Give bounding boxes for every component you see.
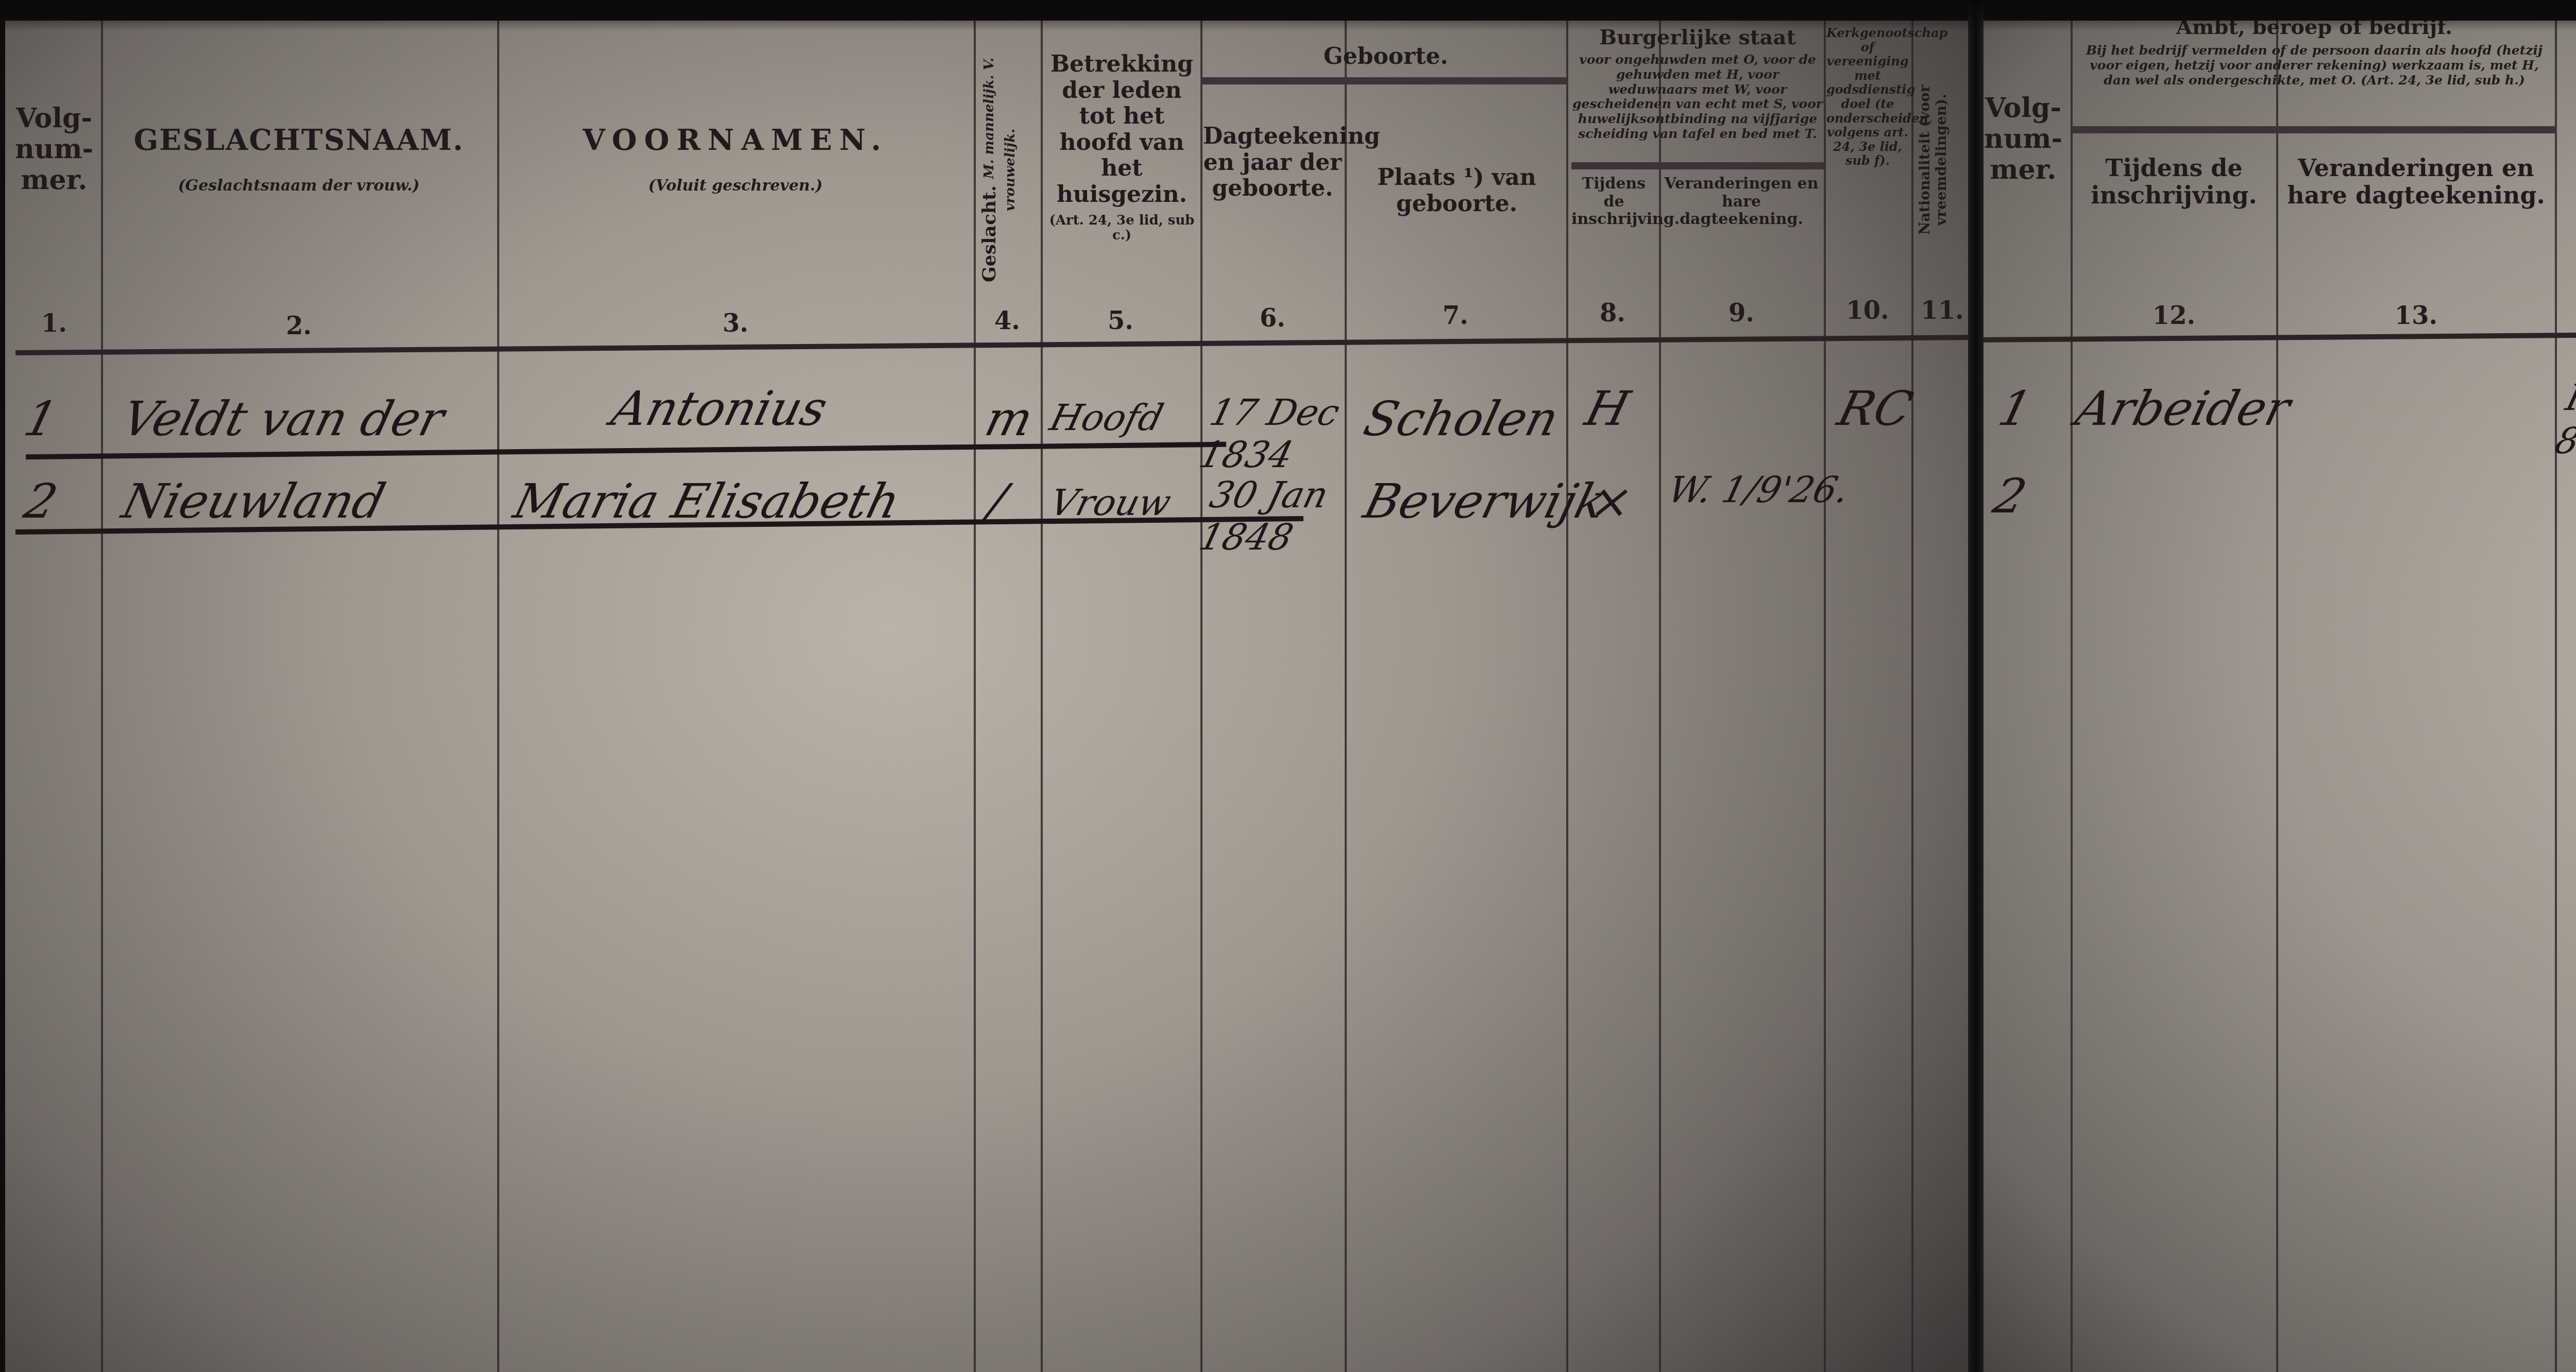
- column-number: 6.: [1203, 304, 1342, 333]
- row1-geslacht: m: [980, 391, 1039, 447]
- col-rule: [1911, 21, 1913, 1372]
- column-number: 13.: [2281, 301, 2551, 330]
- row2-volgnummer: 2: [19, 474, 63, 529]
- column-number: 1.: [10, 309, 98, 338]
- column-number: 2.: [103, 312, 495, 340]
- row1-geslachtsnaam: Veldt van der: [117, 391, 450, 447]
- col-rule: [2276, 21, 2278, 1372]
- column-number: 11.: [1914, 296, 1971, 325]
- header-label: VOORNAMEN.: [500, 124, 971, 157]
- column-number: 12.: [2075, 301, 2273, 330]
- row2-volgnummer: 2: [1988, 469, 2032, 524]
- header-geboorte-plaats: Plaats ¹) van geboorte.: [1350, 165, 1564, 217]
- header-betrekking: Betrekking der leden tot het hoofd van h…: [1046, 52, 1198, 244]
- row1-kerkgenootschap: RC: [1833, 381, 1918, 436]
- header-beroep-veranderingen: Veranderingen en hare dagteekening.: [2281, 155, 2551, 209]
- col-rule: [497, 21, 499, 1372]
- col-rule: [101, 21, 103, 1372]
- header-label: Veranderingen en hare dagteekening.: [1662, 175, 1821, 229]
- column-number: 3.: [500, 309, 971, 338]
- header-label: GESLACHTSNAAM.: [103, 124, 495, 157]
- header-bs-veranderingen: Veranderingen en hare dagteekening.: [1662, 175, 1821, 229]
- row1-geboortedatum: 17 Dec 1834: [1195, 391, 1350, 476]
- header-group-burgerlijke-staat: Burgerlijke staat voor ongehuwden met O,…: [1571, 26, 1824, 142]
- col-rule: [1200, 21, 1202, 1372]
- header-sub: (Voluit geschreven.): [500, 177, 971, 195]
- row1-volgnummer: 1: [1993, 381, 2037, 436]
- header-note: voor ongehuwden met O, voor de gehuwden …: [1571, 53, 1824, 142]
- col-rule: [1041, 21, 1043, 1372]
- column-number: 14.: [2559, 299, 2576, 328]
- header-group-label: Geboorte.: [1206, 44, 1566, 70]
- book-gutter: [1968, 0, 1984, 1372]
- geboorte-subrule: [1200, 77, 1566, 84]
- header-sub: door aanduiding van wijk, dorp, gehucht …: [2559, 135, 2576, 183]
- header-geboorte-datum: Dagteekening en jaar der geboorte.: [1203, 124, 1342, 202]
- header-group-geboorte: Geboorte.: [1206, 44, 1566, 70]
- header-kerkgenootschap: Kerkgenootschap of vereeniging met godsd…: [1826, 26, 1909, 168]
- row2-geslachtsnaam: Nieuwland: [117, 474, 391, 529]
- header-sub: (Art. 24, 3e lid, sub i.): [2559, 190, 2576, 205]
- header-label: Woonplaats: [2559, 82, 2576, 110]
- header-label: Betrekking der leden tot het hoofd van h…: [1046, 52, 1198, 208]
- row1-burgerlijke-staat: H: [1580, 381, 1635, 436]
- right-page: Volg-num-mer. Ambt, beroep of bedrijf. B…: [1974, 21, 2576, 1372]
- row1-betrekking: Hoofd: [1046, 397, 1168, 439]
- column-number: 4.: [976, 306, 1038, 335]
- header-volgnummer: Volg-num-mer.: [1979, 93, 2067, 185]
- row1-geboorteplaats: Scholen: [1359, 391, 1564, 447]
- header-voornamen: VOORNAMEN. (Voluit geschreven.): [500, 124, 971, 195]
- col-rule: [2555, 21, 2557, 1372]
- header-label: Tijdens de inschrijving.: [2075, 155, 2273, 209]
- header-sub: (Geslachtsnaam der vrouw.): [103, 177, 495, 195]
- register-spread: Volg-num-mer. GESLACHTSNAAM. (Geslachtsn…: [0, 0, 2576, 1372]
- left-page: Volg-num-mer. GESLACHTSNAAM. (Geslachtsn…: [5, 21, 1974, 1372]
- header-label: Kerkgenootschap of vereeniging met godsd…: [1826, 26, 1909, 168]
- col-rule: [1566, 21, 1568, 1372]
- column-number: 9.: [1662, 299, 1821, 328]
- row1-voornamen: Antonius: [606, 381, 833, 436]
- header-label: Nationaliteit (voor vreemdelingen).: [1916, 84, 1950, 234]
- header-sub: (Art. 24, 3e lid, sub c.): [1046, 213, 1198, 244]
- header-geslacht: Geslacht. M. mannelijk. V. vrouwelijk.: [979, 36, 1036, 304]
- header-label: Plaats ¹) van geboorte.: [1350, 165, 1564, 217]
- row1-volgnummer: 1: [19, 391, 63, 447]
- col-rule: [1824, 21, 1826, 1372]
- header-note: Bij het bedrijf vermelden of de persoon …: [2077, 43, 2551, 88]
- header-label: Tijdens de inschrijving.: [1571, 175, 1656, 229]
- header-volgnummer: Volg-num-mer.: [10, 103, 98, 195]
- top-shadow: [0, 0, 2576, 31]
- header-woonplaats: Woonplaats door aanduiding van wijk, dor…: [2559, 82, 2576, 205]
- burgerlijke-staat-subrule: [1571, 162, 1824, 169]
- column-number: 8.: [1569, 299, 1656, 328]
- header-geslachtsnaam: GESLACHTSNAAM. (Geslachtsnaam der vrouw.…: [103, 124, 495, 195]
- header-nationaliteit: Nationaliteit (voor vreemdelingen).: [1917, 41, 1968, 278]
- col-rule: [2071, 21, 2073, 1372]
- header-label: Volg-num-mer.: [10, 103, 98, 195]
- header-label: Veranderingen en hare dagteekening.: [2281, 155, 2551, 209]
- column-number: 5.: [1043, 306, 1198, 335]
- col-rule: [974, 21, 976, 1372]
- beroep-subrule: [2072, 126, 2555, 133]
- row2-geboorteplaats: Beverwijk: [1359, 474, 1612, 529]
- row1-beroep: Arbeider: [2071, 381, 2296, 436]
- column-number: 7.: [1347, 301, 1564, 330]
- row2-veranderingen: W. 1/9'26.: [1664, 469, 1854, 511]
- header-label: Geslacht.: [978, 185, 1000, 282]
- header-bs-tijdens: Tijdens de inschrijving.: [1571, 175, 1656, 229]
- header-beroep-tijdens: Tijdens de inschrijving.: [2075, 155, 2273, 209]
- col-rule: [1345, 21, 1347, 1372]
- header-label: Dagteekening en jaar der geboorte.: [1203, 124, 1342, 202]
- column-number: 10.: [1826, 296, 1909, 325]
- header-label: Volg-num-mer.: [1979, 93, 2067, 185]
